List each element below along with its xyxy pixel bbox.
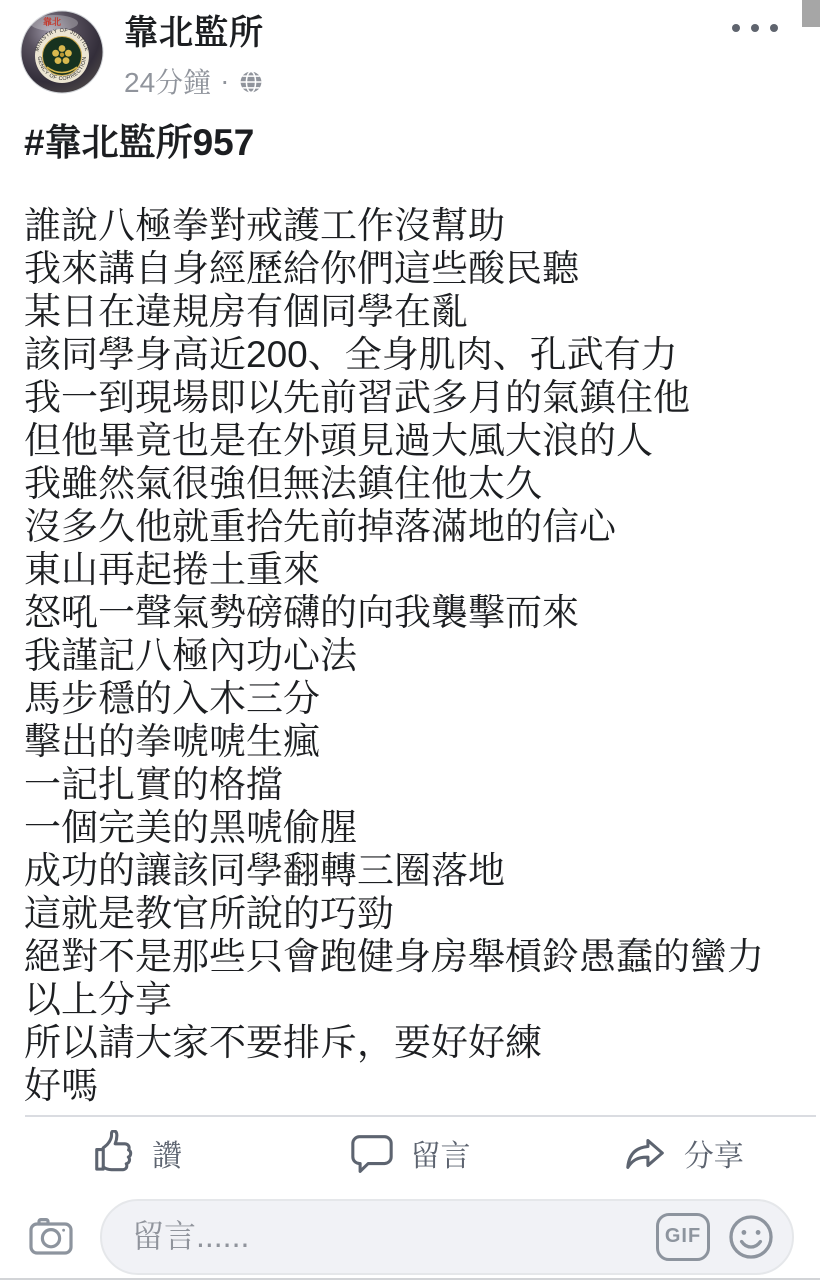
thumbs-up-icon [91, 1130, 137, 1176]
like-button[interactable]: 讚 [0, 1130, 273, 1176]
post-line: 馬步穩的入木三分 [24, 677, 796, 720]
dot-icon [751, 24, 759, 32]
post-line: 一記扎實的格擋 [24, 763, 796, 806]
post-line: 誰說八極拳對戒護工作沒幫助 [24, 204, 796, 247]
post-line: 擊出的拳唬唬生瘋 [24, 720, 796, 763]
post-line: 我來講自身經歷給你們這些酸民聽 [24, 247, 796, 290]
share-arrow-icon [623, 1130, 669, 1176]
post-line: 東山再起捲土重來 [24, 548, 796, 591]
post-line: 以上分享 [24, 978, 796, 1021]
camera-icon [26, 1213, 76, 1261]
comment-label: 留言 [410, 1131, 470, 1175]
post-header: MINISTRY OF JUSTICE AGENCY OF CORRECTION… [0, 0, 820, 107]
post-line: 成功的讓該同學翻轉三圈落地 [24, 849, 796, 892]
gif-button[interactable]: GIF [656, 1213, 710, 1261]
globe-privacy-icon [238, 69, 264, 95]
comment-button[interactable]: 留言 [273, 1130, 546, 1176]
like-label: 讚 [152, 1131, 182, 1175]
comment-input[interactable] [132, 1218, 656, 1255]
page-badge-icon: MINISTRY OF JUSTICE AGENCY OF CORRECTION… [20, 10, 104, 94]
post-line: 我一到現場即以先前習武多月的氣鎮住他 [24, 376, 796, 419]
dot-icon [732, 24, 740, 32]
post-line: 沒多久他就重拾先前掉落滿地的信心 [24, 505, 796, 548]
post-line: 該同學身高近200、全身肌肉、孔武有力 [24, 333, 796, 376]
post-line: 一個完美的黑唬偷腥 [24, 806, 796, 849]
post-line: 我謹記八極內功心法 [24, 634, 796, 677]
post-line: 所以請大家不要排斥，要好好練 [24, 1021, 796, 1064]
smiley-icon [726, 1212, 776, 1262]
post-line: 好嗎 [24, 1064, 796, 1107]
post-line: 但他畢竟也是在外頭見過大風大浪的人 [24, 419, 796, 462]
more-options-button[interactable] [730, 16, 780, 40]
post-body: #靠北監所957 誰說八極拳對戒護工作沒幫助 我來講自身經歷給你們這些酸民聽 某… [0, 107, 820, 1107]
share-button[interactable]: 分享 [547, 1130, 820, 1176]
page-name[interactable]: 靠北監所 [124, 12, 264, 55]
meta-separator: · [220, 65, 229, 97]
avatar[interactable]: MINISTRY OF JUSTICE AGENCY OF CORRECTION… [20, 10, 104, 94]
share-label: 分享 [684, 1131, 744, 1175]
emoji-button[interactable] [726, 1212, 776, 1262]
post-meta: 24分鐘 · [124, 61, 264, 101]
post-line: 怒吼一聲氣勢磅礴的向我襲擊而來 [24, 591, 796, 634]
timestamp[interactable]: 24分鐘 [124, 61, 211, 101]
hashtag-link[interactable]: #靠北監所957 [24, 121, 796, 164]
action-bar: 讚 留言 分享 [0, 1117, 820, 1189]
comment-input-pill[interactable]: GIF [100, 1199, 794, 1275]
post-line: 我雖然氣很強但無法鎮住他太久 [24, 462, 796, 505]
dot-icon [770, 24, 778, 32]
header-text: 靠北監所 24分鐘 · [124, 10, 264, 101]
comment-composer: GIF [0, 1189, 820, 1280]
badge-overlay-text: 靠北 [43, 16, 61, 27]
post-line: 這就是教官所說的巧勁 [24, 892, 796, 935]
comment-bubble-icon [349, 1130, 395, 1176]
gif-label: GIF [665, 1225, 701, 1248]
post-line: 某日在違規房有個同學在亂 [24, 290, 796, 333]
post-line: 絕對不是那些只會跑健身房舉槓鈴愚蠢的蠻力 [24, 935, 796, 978]
camera-button[interactable] [26, 1213, 76, 1261]
